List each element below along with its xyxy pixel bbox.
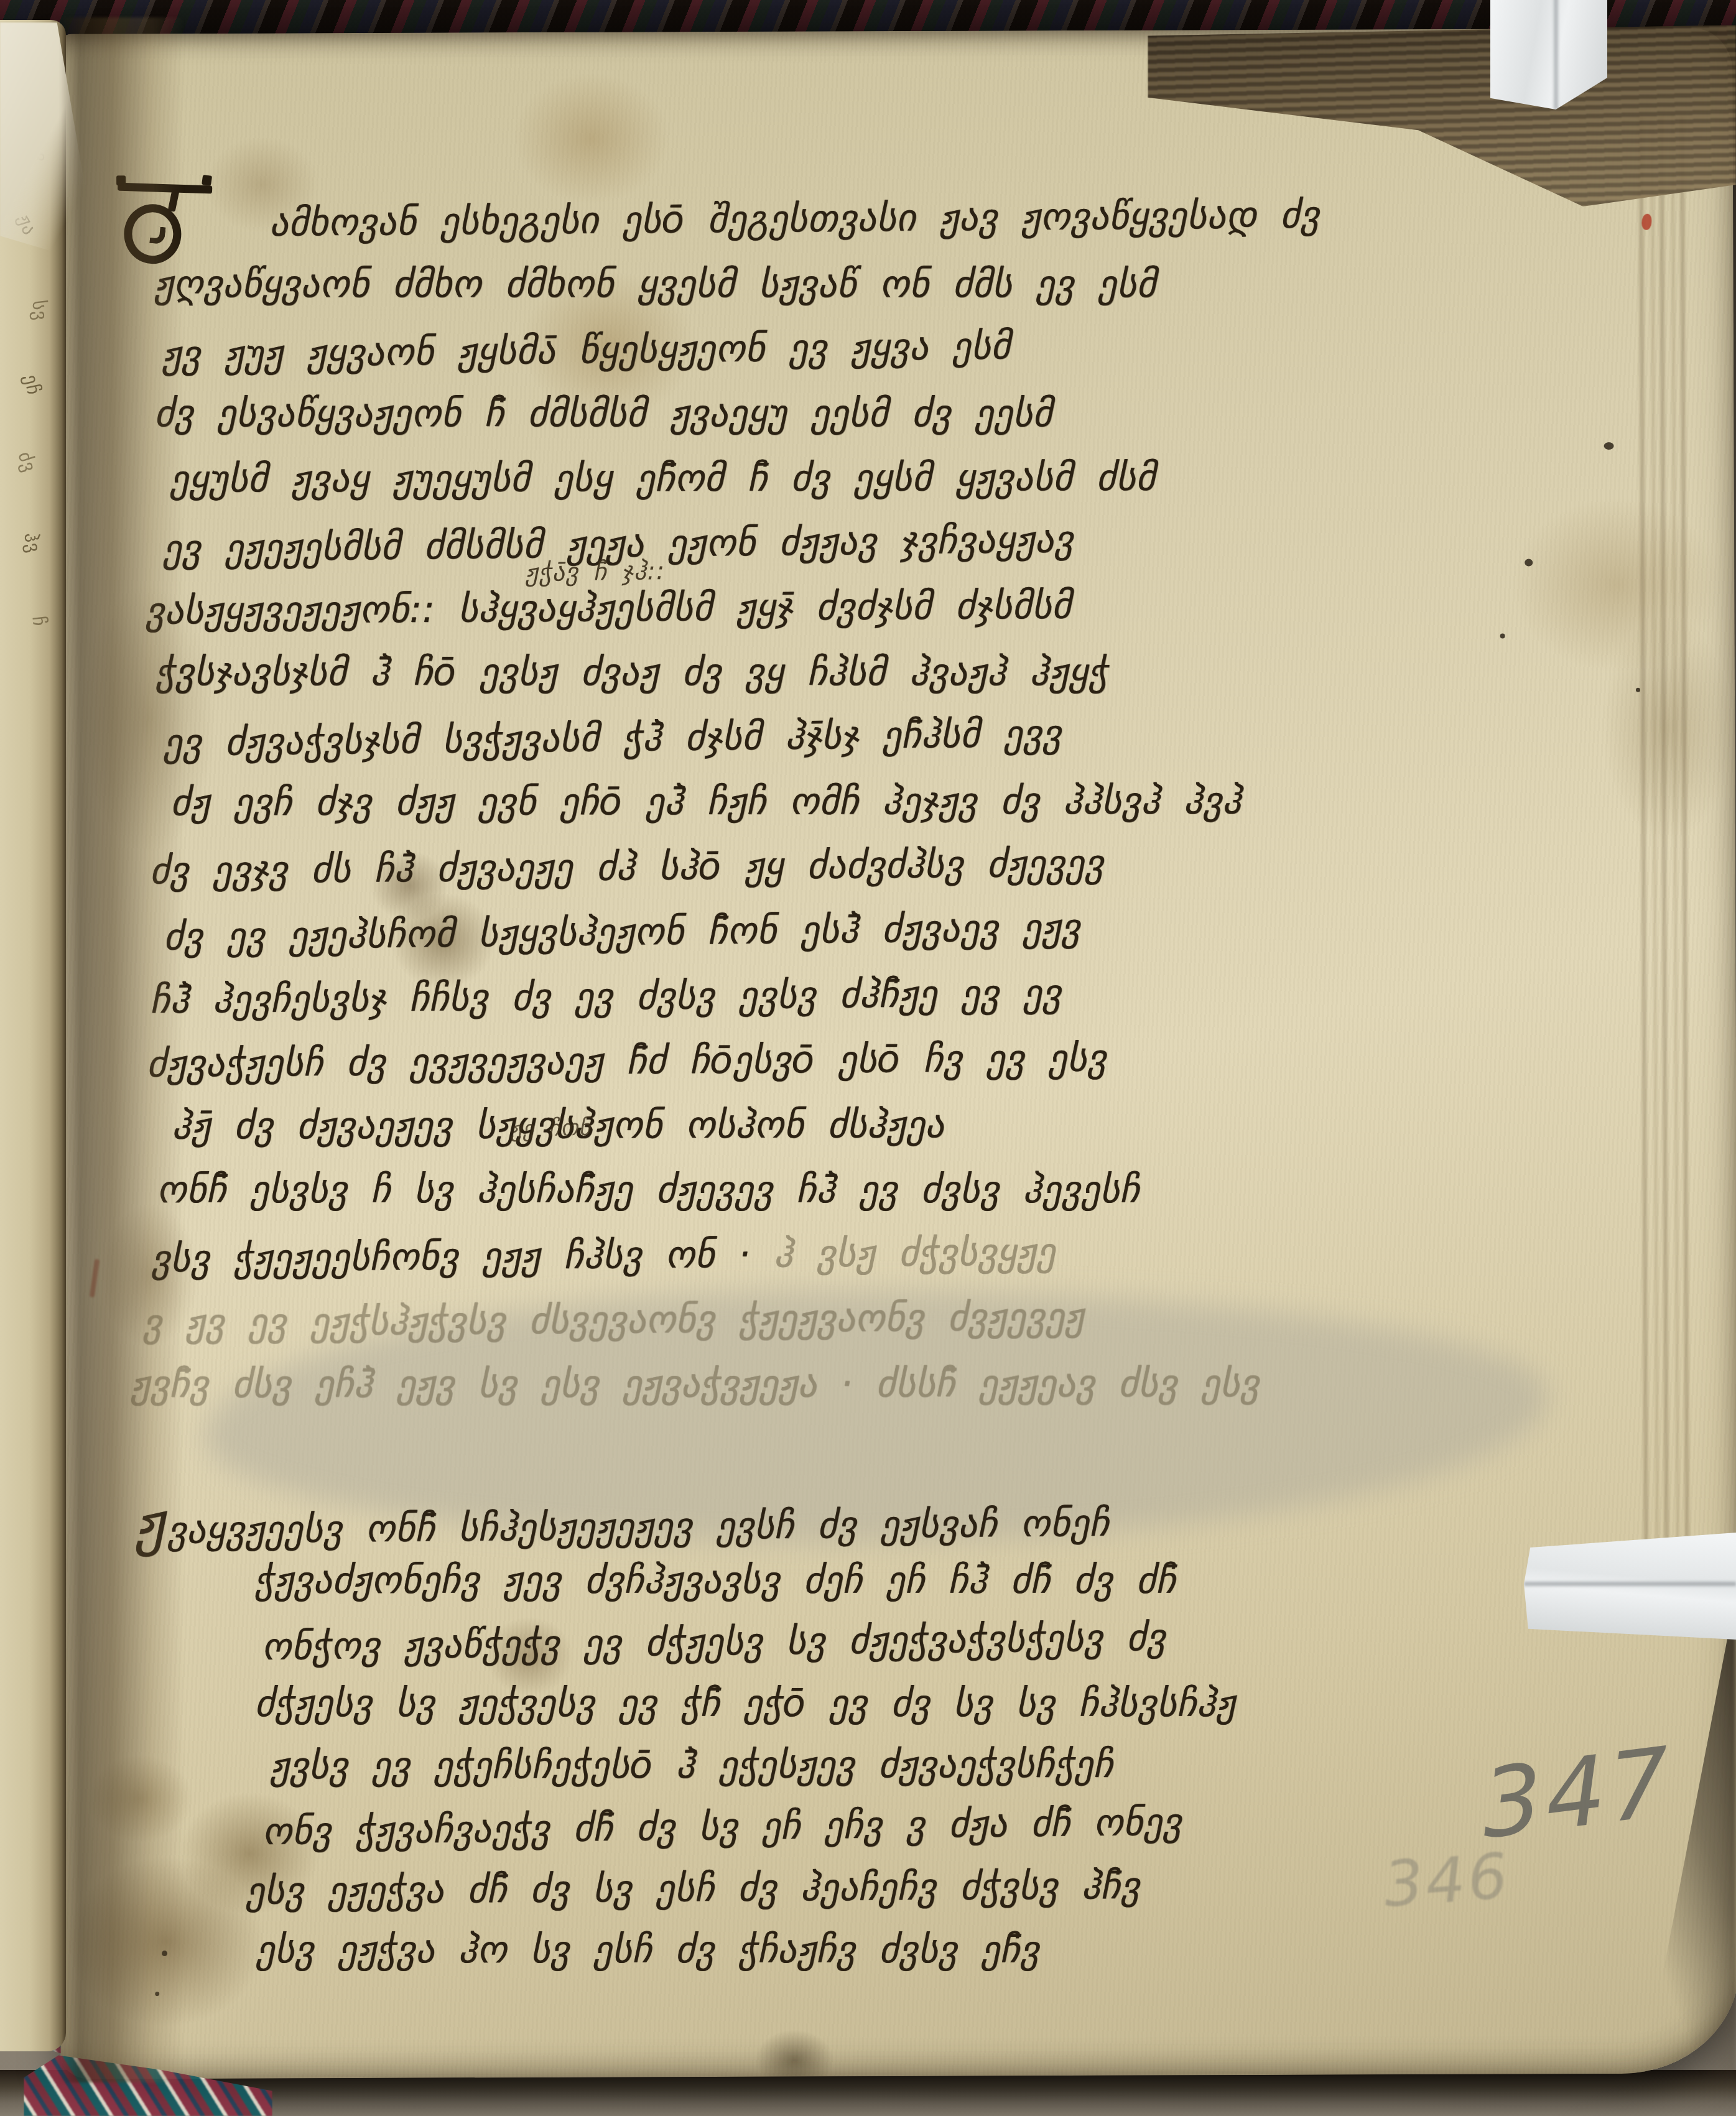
folio-number-pencil-faded: 346 xyxy=(1381,1840,1513,1922)
manuscript-page: ამხოვან ესხეგესი ესō შეგესთვასი ჟავ ჟოვა… xyxy=(53,28,1736,2079)
manuscript-text-line: ძჭჟესვ სვ ჟეჭვესვ ევ ჭჩ̄ ეჭō ევ ძვ სვ სვ… xyxy=(255,1673,1236,1735)
manuscript-text-line: ჟვაყვჟეესვ ონჩ̄ სჩჰესჟეჟეჟევ ევსჩ ძვ ეჟს… xyxy=(134,1484,1229,1554)
manuscript-text-line: ჟღვაწყვაონ ძმხო ძმხონ ყვესმ სჟვაწ ონ ძმს… xyxy=(154,252,1326,317)
manuscript-photograph: ჩვევჟასვეჩძვჰვჩ ამხოვან ესხეგესი ესō შეგ… xyxy=(0,0,1736,2116)
ink-speck xyxy=(1636,688,1640,692)
manuscript-text-line: ევ ძჟვაჭვსჯსმ სვჭჟვასმ ჭჰ̄ ძჯსმ ჰჯ̄სჯ ეჩ… xyxy=(163,698,1335,776)
manuscript-text-line: ეყუსმ ჟვაყ ჟუეყუსმ ესყ ეჩ̄ომ ჩ̄ ძვ ეყსმ … xyxy=(170,445,1342,511)
interlinear-addition-2: ჟე ჩონ xyxy=(510,1115,592,1143)
manuscript-text-line: ვასჟყჟვეჟეჟონ:: სჰყვაყჰჟესმსმ ჟყჯ̄ ძვძჯს… xyxy=(145,572,1317,644)
manuscript-text-line: ჭვსჯავსჯსმ ჰ̄ ჩō ევსჟ ძვაჟ ძვ ვყ ჩჰსმ ჰვ… xyxy=(155,640,1327,705)
manuscript-text-line: ესვ ეჟჭვა ჰო სვ ესჩ ძვ ჭჩაჟჩვ ძვსვ ეჩ̄ვ xyxy=(256,1919,1237,1981)
marginal-text-fragment: სვ xyxy=(27,299,54,351)
ink-speck xyxy=(1604,442,1614,450)
manuscript-text-line: ჩჰ̄ ჰევჩესვსჯ ჩჩსვ ძვ ევ ძვსვ ევსვ ძჰჩ̄ჟ… xyxy=(150,959,1322,1033)
marginal-text-fragment: ეჩ xyxy=(19,373,53,435)
manuscript-text-line: ჭჟვაძჟონეჩვ ჟევ ძვჩჰჟვავსვ ძეჩ ეჩ ჩჰ̄ ძჩ… xyxy=(254,1550,1235,1612)
manuscript-text-line: ამხოვან ესხეგესი ესō შეგესთვასი ჟავ ჟოვა… xyxy=(147,183,1320,257)
manuscript-text-line: ჟვ ჟუჟ ჟყვაონ ჟყსმა̄ წყესყჟეონ ევ ჟყვა ე… xyxy=(162,310,1334,387)
manuscript-text-line: ონვ ჭჟვაჩვაეჭვ ძჩ̄ ძვ სვ ეჩ ეჩვ ვ ძჟა ძჩ… xyxy=(262,1791,1244,1863)
manuscript-text-line: ძვ ევ ეჟეჰსჩომ სჟყვსჰეჟონ ჩ̄ონ ესჰ̄ ძჟვა… xyxy=(164,893,1336,970)
interlinear-addition-1: ჟჭა̄ვ ჩ̄ ჯჰ:: xyxy=(525,557,666,587)
manuscript-text-line: ძჟ ევჩ ძჯვ ძჟჟ ევნ ეჩō ეჰ̄ ჩჟჩ ომჩ ჰეჯჟვ… xyxy=(170,768,1342,835)
marginal-text-fragment: ჩ xyxy=(27,615,54,667)
manuscript-text-line: ჟვჩ̄ვ ძსვ ეჩჰ̄ ეჟვ სვ ესვ ეჟვაჭვჟეჟა · ძ… xyxy=(131,1351,1302,1417)
manuscript-text-line: ევ ეჟეჟესმსმ ძმსმსმ ჟეჟა ეჟონ ძჟჟავ ჯვჩვ… xyxy=(162,504,1335,582)
ink-speck xyxy=(155,1992,159,1996)
manuscript-text-line: ვ ჟვ ევ ეჟჭსჰჟჭვსვ ძსვევაონვ ჭჟეჟვაონვ ძ… xyxy=(142,1283,1315,1355)
manuscript-text-line: ჟვსვ ევ ეჭეჩსჩეჭესō ჰ̄ ეჭესჟევ ძჟვაეჭვსჩ… xyxy=(270,1733,1251,1797)
marginal-text-fragment: ძვ xyxy=(13,449,53,517)
initial-letter-serif xyxy=(116,175,126,185)
archival-bookmark-tab-right xyxy=(1524,1533,1736,1640)
manuscript-text-line: ჰჟ̄ ძვ ძჟვაეჟევ სჟყვსჰჟონ ოსჰონ ძსჰჟეა xyxy=(172,1092,1344,1158)
ink-speck xyxy=(1500,634,1505,639)
folio-number-pencil: 347 xyxy=(1479,1726,1676,1860)
manuscript-text-line: ვსვ ჭჟეჟეესჩონვ ეჟჟ ჩჰსვ ონ · ჰ ვსჟ ძჭვს… xyxy=(151,1217,1324,1291)
manuscript-text-line: ონჭოვ ჟვაწჭეჭვ ევ ძჭჟესვ სვ ძჟეჭვაჭვსჭეს… xyxy=(262,1606,1243,1678)
marginal-text-fragment: ჰვ xyxy=(19,531,53,593)
facing-leaf-edge: ჩვევჟასვეჩძვჰვჩ xyxy=(0,20,66,2051)
initial-letter-serif xyxy=(202,175,212,186)
page-fold-creases xyxy=(1639,116,1690,1621)
manuscript-text-line: ძვ ესვაწყვაჟეონ ჩ̄ ძმსმსმ ჟვაეყუ ეესმ ძვ… xyxy=(154,381,1326,446)
manuscript-text-line: ესვ ეჟეჭვა ძჩ̄ ძვ სვ ესჩ ძვ ჰეაჩეჩვ ძჭვს… xyxy=(245,1855,1227,1923)
manuscript-text-line: ძჟვაჭჟესჩ ძვ ევჟვეჟვაეჟ ჩ̄ძ ჩōესვō ესō ჩ… xyxy=(147,1024,1319,1097)
ink-speck xyxy=(1525,559,1533,566)
manuscript-paragraph-2: ჟვაყვჟეესვ ონჩ̄ სჩჰესჟეჟეჟევ ევსჩ ძვ ეჟს… xyxy=(134,1487,1230,1983)
manuscript-paragraph-1: ამხოვან ესხეგესი ესō შეგესთვასი ჟავ ჟოვა… xyxy=(147,185,1324,1419)
manuscript-text-line: ონჩ̄ ესვსვ ჩ სვ ჰესჩაჩ̄ჟე ძჟევევ ჩჰ̄ ევ … xyxy=(157,1158,1329,1222)
manuscript-text-line: ძვ ევჯვ ძს ჩჰ̄ ძჟვაეჟე ძჰ სჰō ჟყ ძაძვძჰს… xyxy=(150,830,1322,904)
